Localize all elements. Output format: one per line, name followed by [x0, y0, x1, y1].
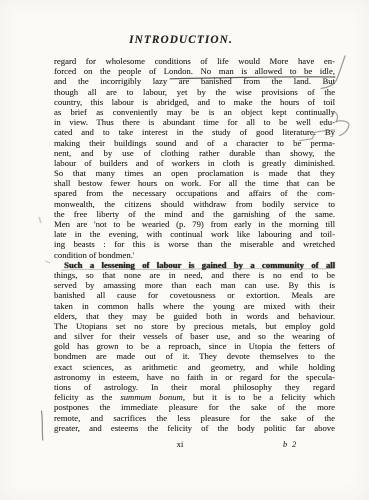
text-segment: spared from the necessary occupations an… [54, 188, 335, 198]
text-line: tions of astrology. In their moral philo… [54, 382, 335, 392]
text-line: gold has grown to be a reproach, since i… [54, 341, 335, 351]
text-line: the free liberty of the mind and the gar… [54, 209, 335, 219]
text-line: exact sciences, as arithmetic and geomet… [54, 362, 335, 372]
text-segment: served by amassing more than each man ca… [54, 280, 335, 290]
text-line: Men are 'not to be wearied (p. 79) from … [54, 219, 335, 229]
text-line: greater, and esteems the felicity of the… [54, 423, 335, 433]
signature-mark: b 2 [283, 440, 298, 449]
text-line: remote, and sacrifices the less pleasure… [54, 413, 335, 423]
text-segment: tions of astrology. In their moral philo… [54, 382, 335, 392]
text-segment: , but it is to be a felicity which [183, 392, 335, 402]
text-segment: taken in common halls where the young ar… [54, 301, 335, 311]
text-line: things, so that none are in need, and th… [54, 270, 335, 280]
text-segment: the free liberty of the mind and the gar… [54, 209, 335, 219]
text-segment: banished all cause for covetousness or e… [54, 290, 335, 300]
text-line: banished all cause for covetousness or e… [54, 290, 335, 300]
text-segment: So that many times an open proclamation … [54, 168, 335, 178]
text-segment: summum bonum [120, 392, 183, 402]
text-segment: and silver for their vessels of baser us… [54, 331, 335, 341]
text-line: country, this labour is abridged, and to… [54, 97, 335, 107]
text-line: astronomy in esteem, have no faith in or… [54, 372, 335, 382]
text-block: regard for wholesome conditions of life … [54, 56, 335, 433]
text-line: as brief as conveniently may be is an ob… [54, 107, 335, 117]
text-line: felicity as the summum bonum, but it is … [54, 392, 335, 402]
text-line: postpones the immediate pleasure for the… [54, 402, 335, 412]
paragraph: regard for wholesome conditions of life … [54, 56, 335, 260]
text-segment: greater, and esteems the felicity of the… [54, 423, 335, 433]
text-segment: ing beasts : for this is worse than the … [54, 239, 335, 249]
text-line: and the incorrigibly lazy are banished f… [54, 76, 335, 86]
text-segment: elders, that they may be guided both in … [54, 311, 335, 321]
text-segment: shall bestow fewer hours on work. For al… [54, 178, 335, 188]
text-segment: cated and to take interest in the study … [54, 127, 335, 137]
text-line: late in the evening, with continual work… [54, 229, 335, 239]
text-line: nent, and by use of clothing rather dura… [54, 148, 335, 158]
text-segment: The Utopians set no store by precious me… [54, 321, 335, 331]
text-segment: postpones the immediate pleasure for the… [54, 402, 335, 412]
text-line: So that many times an open proclamation … [54, 168, 335, 178]
pencil-tick-upper [39, 218, 41, 223]
text-segment: bondmen are made out of it. They devote … [54, 351, 335, 361]
text-segment: country, this labour is abridged, and to… [54, 97, 335, 107]
text-line: spared from the necessary occupations an… [54, 188, 335, 198]
text-segment: monwealth, the citizens should withdraw … [54, 199, 335, 209]
text-line: labour of builders and of workers in clo… [54, 158, 335, 168]
text-line: shall bestow fewer hours on work. For al… [54, 178, 335, 188]
text-segment: Men are 'not to be wearied (p. 79) from … [54, 219, 335, 229]
text-segment: astronomy in esteem, have no faith in or… [54, 372, 335, 382]
pencil-tick-lower [46, 261, 50, 262]
page-number: xi [54, 439, 306, 449]
text-segment: making their buildings sound and of a ch… [54, 138, 335, 148]
text-line: The Utopians set no store by precious me… [54, 321, 335, 331]
text-line: though all are to labour, yet by the wis… [54, 87, 335, 97]
text-line: elders, that they may be guided both in … [54, 311, 335, 321]
text-line: making their buildings sound and of a ch… [54, 138, 335, 148]
text-segment: remote, and sacrifices the less pleasure… [54, 413, 335, 423]
text-line: monwealth, the citizens should withdraw … [54, 199, 335, 209]
text-segment: as brief as conveniently may be is an ob… [54, 107, 335, 117]
text-segment: things, so that none are in need, and th… [54, 270, 335, 280]
pencil-bracket-mark [336, 121, 349, 136]
text-line: regard for wholesome conditions of life … [54, 56, 335, 66]
text-segment: exact sciences, as arithmetic and geomet… [54, 362, 335, 372]
text-segment: condition of bondmen.' [54, 250, 134, 260]
text-segment: forced on the people of London. No man i… [54, 66, 335, 76]
pencil-margin-line [42, 411, 43, 440]
text-segment: Such a lessening of labour is gained by … [64, 260, 335, 270]
text-line: bondmen are made out of it. They devote … [54, 351, 335, 361]
text-line: served by amassing more than each man ca… [54, 280, 335, 290]
text-segment: regard for wholesome conditions of life … [54, 56, 335, 66]
text-line: condition of bondmen.' [54, 250, 335, 260]
text-line: taken in common halls where the young ar… [54, 301, 335, 311]
paragraph: Such a lessening of labour is gained by … [54, 260, 335, 433]
text-line: forced on the people of London. No man i… [54, 66, 335, 76]
page-heading: INTRODUCTION. [54, 34, 308, 46]
book-page: INTRODUCTION. regard for wholesome condi… [0, 0, 369, 500]
text-segment: labour of builders and of workers in clo… [54, 158, 335, 168]
text-segment: in view. Thus there is abundant time for… [54, 117, 335, 127]
text-segment: gold has grown to be a reproach, since i… [54, 341, 335, 351]
text-segment: felicity as the [54, 392, 120, 402]
text-segment: and the incorrigibly lazy are banished f… [54, 76, 335, 86]
text-line: Such a lessening of labour is gained by … [54, 260, 335, 270]
text-line: ing beasts : for this is worse than the … [54, 239, 335, 249]
text-segment: nent, and by use of clothing rather dura… [54, 148, 335, 158]
text-line: cated and to take interest in the study … [54, 127, 335, 137]
text-line: and silver for their vessels of baser us… [54, 331, 335, 341]
text-line: in view. Thus there is abundant time for… [54, 117, 335, 127]
text-segment: late in the evening, with continual work… [54, 229, 335, 239]
text-segment: though all are to labour, yet by the wis… [54, 87, 335, 97]
